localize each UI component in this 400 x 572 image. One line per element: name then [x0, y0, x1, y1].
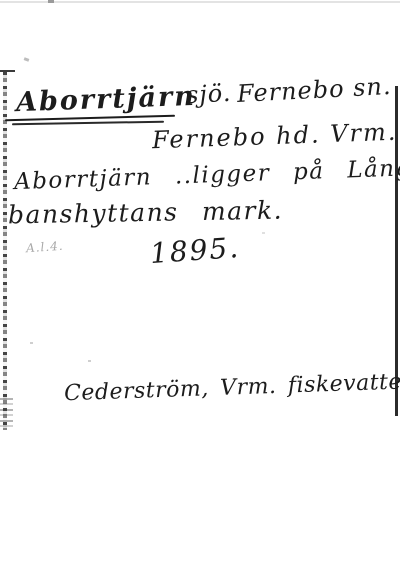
district-province: Fernebo hd. Vrm. — [152, 120, 398, 153]
parish-name: Fernebo sn. — [236, 74, 392, 106]
small-ink-speck — [24, 57, 30, 62]
top-scan-line — [0, 1, 400, 3]
body-line-1: Aborrtjärn ..ligger på Lång- — [14, 157, 400, 194]
body-line-2: banshyttans mark. — [8, 198, 284, 228]
year: 1895. — [149, 234, 241, 268]
paper-speck — [88, 360, 91, 362]
source-reference: Cederström, Vrm. fiskevatten. — [64, 371, 400, 406]
headword-underline-second — [12, 121, 164, 125]
left-torn-edge — [3, 72, 7, 430]
archival-index-card: Aborrtjärn sjö. Fernebo sn. Fernebo hd. … — [0, 0, 400, 572]
top-edge-tick — [48, 0, 54, 3]
feature-category: sjö. — [185, 81, 232, 107]
paper-speck — [262, 232, 265, 234]
headword: Aborrtjärn — [16, 83, 197, 116]
bottom-left-speckle — [0, 398, 13, 428]
paper-speck — [30, 342, 33, 344]
pencil-note: A.l.4. — [26, 240, 64, 255]
